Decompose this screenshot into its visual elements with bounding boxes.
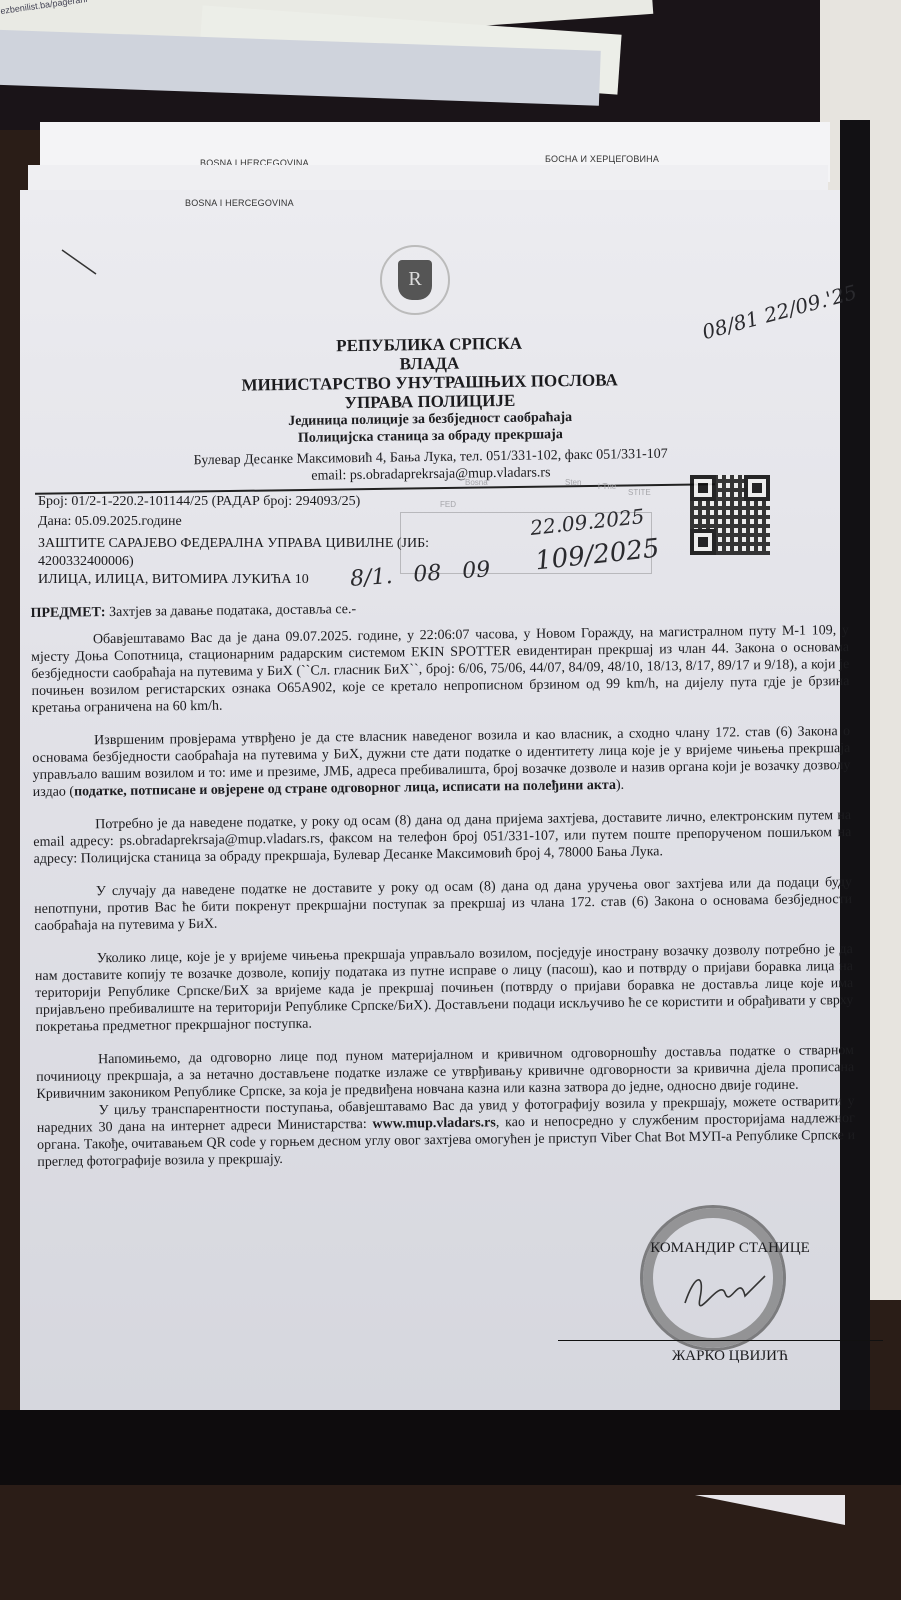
reference-number: Број: 01/2-1-220.2-101144/25 (РАДАР број… — [38, 493, 678, 511]
signature-scribble — [680, 1268, 770, 1308]
paragraph-foreign-license: Уколико лице, које је у вријеме чињења п… — [35, 941, 854, 1036]
ministry-website-link[interactable]: www.mup.vladars.rs — [372, 1115, 495, 1132]
paragraph-transparency: У циљу транспарентности поступања, обавј… — [37, 1093, 856, 1171]
signature-block: КОМАНДИР СТАНИЦЕ ЖАРКО ЦВИЈИЋ — [610, 1240, 850, 1257]
letterhead: РЕПУБЛИКА СРПСКА ВЛАДА МИНИСТАРСТВО УНУТ… — [109, 331, 751, 488]
stamp-faint-text: Sten — [565, 478, 581, 487]
subject-label: ПРЕДМЕТ: — [30, 605, 105, 621]
signatory-name: ЖАРКО ЦВИЈИЋ — [610, 1348, 850, 1365]
binder-bottom — [0, 1410, 901, 1485]
paragraph-obligation: Извршеним провјерама утврђено је да сте … — [32, 723, 851, 801]
stamp-faint-text: i-Tne — [598, 482, 616, 491]
signature-title: КОМАНДИР СТАНИЦЕ — [610, 1240, 850, 1257]
subject-text: Захтјев за давање података, доставља се.… — [105, 602, 356, 620]
letter-body: ПРЕДМЕТ: Захтјев за давање података, дос… — [30, 595, 855, 1187]
back-sheet-header-cyrillic: БОСНА И ХЕРЦЕГОВИНА — [545, 154, 659, 164]
back-sheet-header-latin-2: BOSNA I HERCEGOVINA — [185, 198, 294, 208]
paragraph-violation: Обавјештавамо Вас да је дана 09.07.2025.… — [31, 622, 850, 717]
paragraph-consequence: У случају да наведене податке не достави… — [34, 874, 853, 935]
qr-code-icon[interactable] — [690, 475, 770, 555]
coat-of-arms-icon: R — [380, 245, 450, 315]
paragraph-deadline: Потребно је да наведене податке, у року … — [33, 807, 852, 868]
signature-line — [558, 1340, 883, 1341]
stamp-faint-text: Bosna — [465, 478, 488, 487]
pen-mark — [60, 248, 100, 278]
